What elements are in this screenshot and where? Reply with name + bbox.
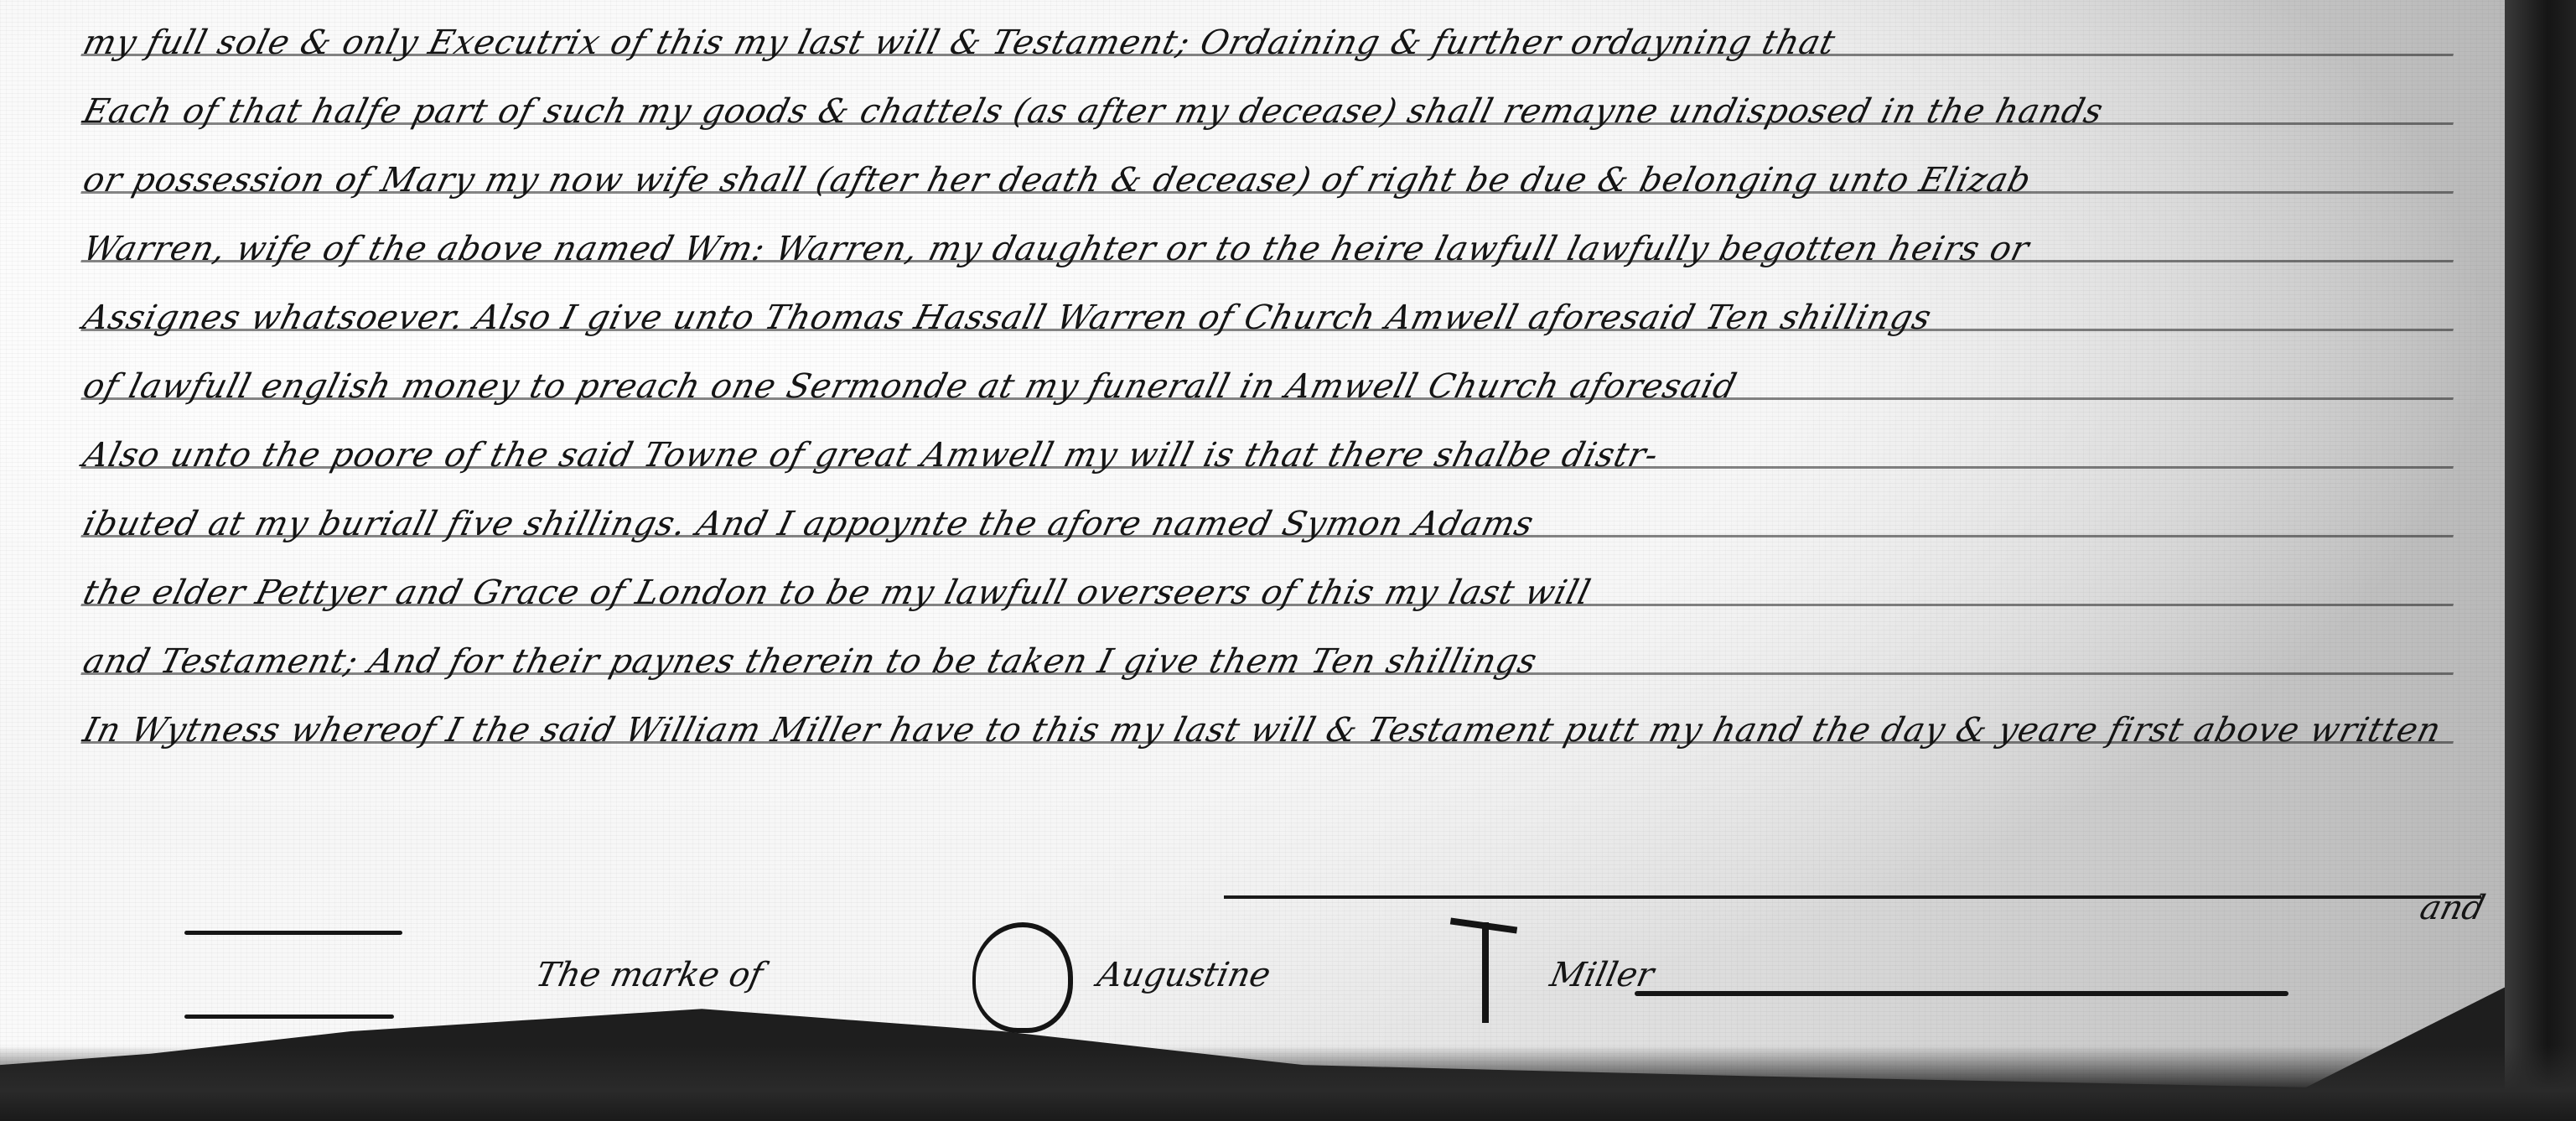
end-flourish: and [2416, 889, 2489, 927]
signer-last-name: Miller [1547, 956, 1657, 994]
signature-rule [1635, 991, 2288, 996]
manuscript-text: my full sole & only Executrix of this my… [75, 8, 2481, 765]
manuscript-line: Warren, wife of the above named Wm: Warr… [75, 215, 2498, 283]
mark-label: The marke of [532, 956, 766, 994]
manuscript-line: the elder Pettyer and Grace of London to… [75, 558, 2498, 627]
testator-mark-icon [972, 922, 1073, 1033]
signature-block: The marke of Augustine Miller [168, 939, 2431, 1056]
manuscript-line: my full sole & only Executrix of this my… [75, 8, 2498, 77]
manuscript-line: or possession of Mary my now wife shall … [75, 146, 2498, 215]
manuscript-line: Assignes whatsoever. Also I give unto Th… [75, 283, 2498, 352]
signature-rule [184, 1015, 394, 1019]
closing-rule [1224, 895, 2481, 899]
manuscript-line: and Testament; And for their paynes ther… [75, 627, 2498, 696]
signature-rule [184, 931, 402, 935]
manuscript-line: Also unto the poore of the said Towne of… [75, 421, 2498, 490]
manuscript-line: ibuted at my buriall five shillings. And… [75, 490, 2498, 558]
bottom-edge-shadow [0, 1046, 2576, 1121]
manuscript-line: In Wytness whereof I the said William Mi… [75, 696, 2498, 765]
cross-mark-icon [1450, 889, 1509, 1023]
page-edge-shadow [2505, 0, 2576, 1121]
manuscript-line: of lawfull english money to preach one S… [75, 352, 2498, 421]
manuscript-line: Each of that halfe part of such my goods… [75, 77, 2498, 146]
signer-first-name: Augustine [1094, 956, 1274, 994]
